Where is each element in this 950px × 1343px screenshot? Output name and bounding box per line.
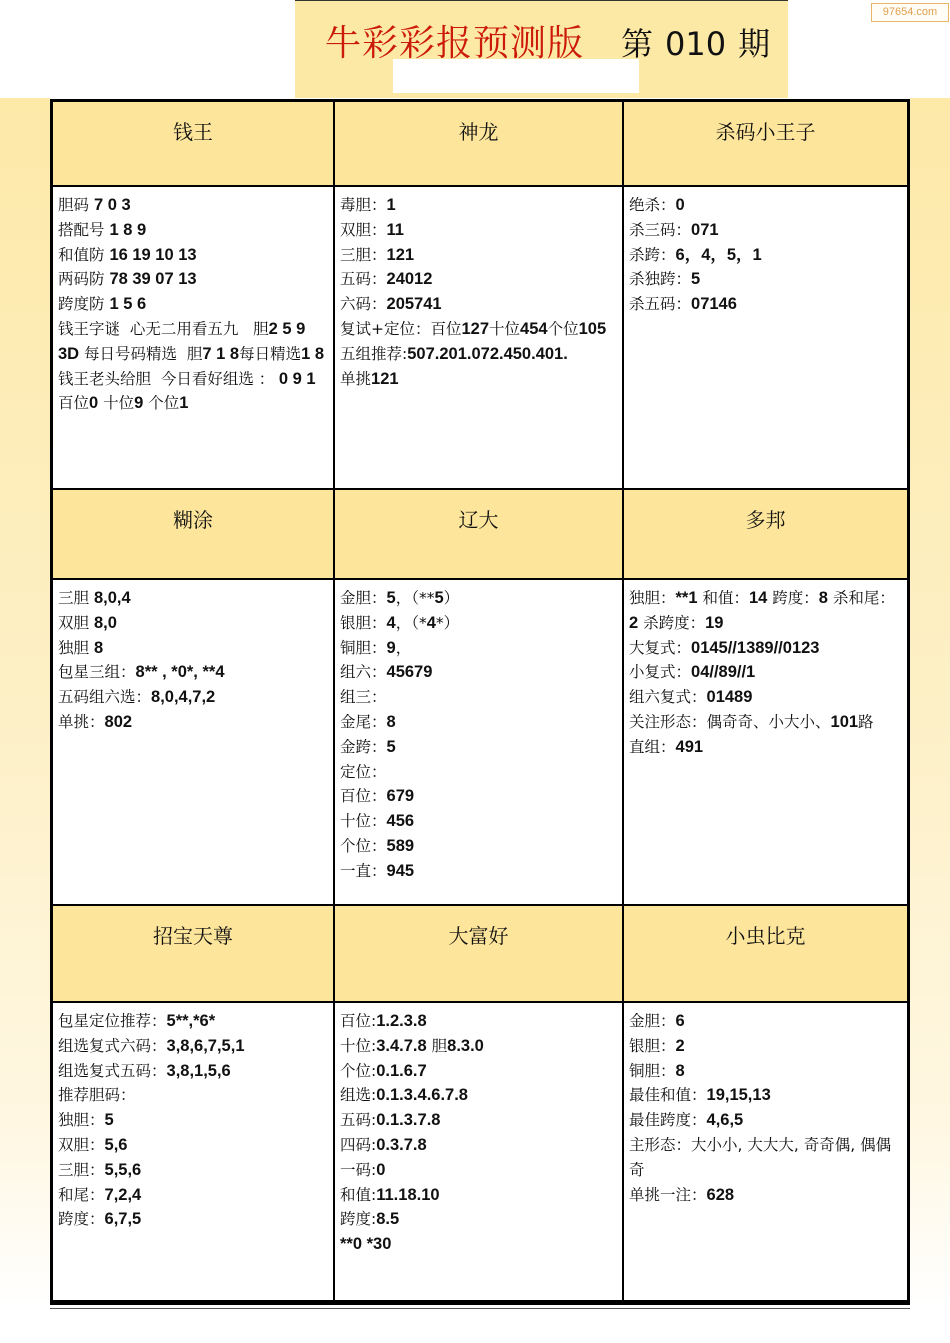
prediction-line: 跨度防 1 5 6 — [58, 292, 329, 317]
prediction-line: 和值:11.18.10 — [340, 1183, 618, 1208]
line-label: 三胆： — [340, 246, 387, 264]
prediction-line: 十位：456 — [340, 809, 618, 834]
line-label: 金胆： — [340, 589, 387, 607]
line-label: 钱王老头给胆 今日看好组选 ： — [58, 370, 274, 388]
prediction-line: 单挑：802 — [58, 710, 329, 735]
line-value: 071 — [691, 221, 719, 239]
line-label: 十位 — [98, 394, 134, 412]
line-label: 跨度防 — [58, 295, 109, 313]
line-label: 银胆： — [340, 614, 387, 632]
line-value: 78 39 07 13 — [109, 270, 196, 288]
prediction-line: 六码：205741 — [340, 292, 618, 317]
section-header: 多邦 — [624, 490, 907, 580]
line-label: 推荐胆码： — [58, 1086, 136, 1104]
section-header: 神龙 — [335, 102, 624, 187]
line-value: 5 — [387, 589, 396, 607]
line-value: 01489 — [707, 688, 753, 706]
line-value: 105 — [579, 320, 607, 338]
prediction-line: 包星定位推荐：5**,*6* — [58, 1009, 329, 1034]
section-header: 招宝天尊 — [53, 906, 335, 1003]
line-value: 5,6 — [105, 1136, 128, 1154]
line-value: 2 — [676, 1037, 685, 1055]
line-label: ，（* — [396, 614, 427, 632]
prediction-line: 跨度：6,7,5 — [58, 1207, 329, 1232]
prediction-line: 个位:0.1.6.7 — [340, 1059, 618, 1084]
line-value: 945 — [387, 862, 415, 880]
line-label: ， — [396, 639, 412, 657]
line-value: 6,7,5 — [105, 1210, 142, 1228]
line-label: 胆 — [427, 1037, 447, 1055]
line-value: 4 — [427, 614, 436, 632]
prediction-line: 三胆 8,0,4 — [58, 586, 329, 611]
line-label: 杀五码： — [629, 295, 691, 313]
line-value: **1 — [676, 589, 698, 607]
line-value: 8.3.0 — [447, 1037, 484, 1055]
prediction-line: 独胆 8 — [58, 636, 329, 661]
line-value: 3,8,1,5,6 — [167, 1062, 231, 1080]
line-value: 1 5 6 — [109, 295, 146, 313]
line-value: 16 19 10 13 — [109, 246, 196, 264]
line-value: 1 — [179, 394, 188, 412]
prediction-line: 五码组六选：8,0,4,7,2 — [58, 685, 329, 710]
line-label: 四码: — [340, 1136, 376, 1154]
line-label: 铜胆： — [340, 639, 387, 657]
prediction-line: 独胆：5 — [58, 1108, 329, 1133]
section-body: 绝杀：0杀三码：071杀跨：6，4，5，1杀独跨：5杀五码：07146 — [624, 187, 907, 490]
prediction-line: 两码防 78 39 07 13 — [58, 267, 329, 292]
section-body: 胆码 7 0 3搭配号 1 8 9和值防 16 19 10 13两码防 78 3… — [53, 187, 335, 490]
line-label: 绝杀： — [629, 196, 676, 214]
prediction-line: 铜胆：8 — [629, 1059, 903, 1084]
prediction-line: 单挑一注：628 — [629, 1183, 903, 1208]
line-label: 杀三码： — [629, 221, 691, 239]
section-header: 杀码小王子 — [624, 102, 907, 187]
line-value: 205741 — [387, 295, 442, 313]
prediction-line: 跨度:8.5 — [340, 1207, 618, 1232]
issue-suffix: 期 — [738, 25, 770, 63]
line-value: 5 — [434, 589, 443, 607]
line-value: 07146 — [691, 295, 737, 313]
line-value: 7,2,4 — [105, 1186, 142, 1204]
prediction-line: 百位:1.2.3.8 — [340, 1009, 618, 1034]
line-label: *） — [436, 614, 459, 632]
section-body: 金胆：6银胆：2铜胆：8最佳和值：19,15,13最佳跨度：4,6,5主形态：大… — [624, 1003, 907, 1300]
line-label: 百位 — [58, 394, 89, 412]
line-value: 8,0,4 — [94, 589, 131, 607]
line-label: 杀跨度： — [638, 614, 705, 632]
line-label: 单挑： — [58, 713, 105, 731]
section-body: 包星定位推荐：5**,*6*组选复式六码：3,8,6,7,5,1组选复式五码：3… — [53, 1003, 335, 1300]
line-label: 毒胆： — [340, 196, 387, 214]
line-label: 一直： — [340, 862, 387, 880]
line-value: 6 — [676, 1012, 685, 1030]
prediction-line: 金尾：8 — [340, 710, 618, 735]
line-label: 包星定位推荐： — [58, 1012, 167, 1030]
prediction-line: 五码：24012 — [340, 267, 618, 292]
line-value: 8,0 — [94, 614, 117, 632]
line-label: 个位: — [340, 1062, 376, 1080]
line-value: 0.1.3.7.8 — [376, 1111, 440, 1129]
prediction-line: 双胆：11 — [340, 218, 618, 243]
line-label: 十位： — [340, 812, 387, 830]
line-label: 百位： — [340, 787, 387, 805]
line-label: 个位 — [548, 320, 579, 338]
line-value: 121 — [371, 370, 399, 388]
line-label: 双胆： — [58, 1136, 105, 1154]
line-label: 大复式： — [629, 639, 691, 657]
line-label: 双胆 — [58, 614, 94, 632]
line-label: 独胆： — [629, 589, 676, 607]
line-value: 7 1 8 — [202, 345, 239, 363]
line-value: 8 — [387, 713, 396, 731]
line-value: 8.5 — [376, 1210, 399, 1228]
line-value: 4 — [387, 614, 396, 632]
prediction-line: 五码:0.1.3.7.8 — [340, 1108, 618, 1133]
prediction-line: 定位： — [340, 760, 618, 785]
prediction-line: 组六复式：01489 — [629, 685, 903, 710]
line-value: 1 — [387, 196, 396, 214]
line-label: 每日精选 — [239, 345, 301, 363]
line-label: 和值： — [698, 589, 749, 607]
title-banner: 牛彩彩报预测版 第010期 — [295, 0, 788, 98]
line-label: 跨度： — [767, 589, 818, 607]
prediction-line: 银胆：4，（*4*） — [340, 611, 618, 636]
line-label: 和值防 — [58, 246, 109, 264]
line-label: 一码: — [340, 1161, 376, 1179]
line-value: 45679 — [387, 663, 433, 681]
prediction-line: 金胆：5，（**5） — [340, 586, 618, 611]
line-value: 5,5,6 — [105, 1161, 142, 1179]
line-label: 和值: — [340, 1186, 376, 1204]
prediction-line: 金跨：5 — [340, 735, 618, 760]
prediction-line: **0 *30 — [340, 1232, 618, 1257]
line-label: 两码防 — [58, 270, 109, 288]
prediction-line: 小复式：04//89//1 — [629, 660, 903, 685]
line-label: 杀独跨： — [629, 270, 691, 288]
line-value: 4,6,5 — [707, 1111, 744, 1129]
line-label: 独胆： — [58, 1111, 105, 1129]
section-header: 糊涂 — [53, 490, 335, 580]
line-value: 679 — [387, 787, 415, 805]
line-value: 11.18.10 — [376, 1186, 439, 1204]
line-label: 铜胆： — [629, 1062, 676, 1080]
line-label: 十位 — [489, 320, 520, 338]
line-value: 5 — [691, 270, 700, 288]
line-label: 每日号码精选 胆 — [79, 345, 202, 363]
line-value: 628 — [707, 1186, 735, 1204]
issue-number: 010 — [665, 25, 726, 63]
line-label: 最佳和值： — [629, 1086, 707, 1104]
line-label: 定位： — [340, 763, 387, 781]
header-row-3: 招宝天尊 大富好 小虫比克 — [53, 906, 907, 1003]
prediction-line: 复试+定位：百位127十位454个位105 — [340, 317, 618, 342]
line-value: 3,8,6,7,5,1 — [167, 1037, 245, 1055]
line-label: 包星三组： — [58, 663, 136, 681]
line-value: 2 — [629, 614, 638, 632]
left-background-strip — [0, 98, 50, 1308]
line-label: 五码: — [340, 1111, 376, 1129]
right-background-strip — [910, 98, 950, 1308]
prediction-line: 金胆：6 — [629, 1009, 903, 1034]
prediction-line: 组选复式五码：3,8,1,5,6 — [58, 1059, 329, 1084]
line-label: 组选复式六码： — [58, 1037, 167, 1055]
prediction-line: 铜胆：9， — [340, 636, 618, 661]
line-value: 7 0 3 — [94, 196, 131, 214]
line-label: 最佳跨度： — [629, 1111, 707, 1129]
prediction-line: 最佳和值：19,15,13 — [629, 1083, 903, 1108]
line-label: 金跨： — [340, 738, 387, 756]
line-label: 个位 — [143, 394, 179, 412]
line-value: 1 8 9 — [109, 221, 146, 239]
header-row-2: 糊涂 辽大 多邦 — [53, 490, 907, 580]
line-value: 507.201.072.450.401. — [407, 345, 568, 363]
prediction-line: 大复式：0145//1389//0123 — [629, 636, 903, 661]
banner-blank-area — [393, 59, 639, 93]
line-label: 胆码 — [58, 196, 94, 214]
line-label: 独胆 — [58, 639, 94, 657]
section-header: 钱王 — [53, 102, 335, 187]
line-value: **0 *30 — [340, 1235, 391, 1253]
line-label: 三胆： — [58, 1161, 105, 1179]
prediction-line: 单挑121 — [340, 367, 618, 392]
issue-label: 第010期 — [621, 19, 782, 65]
line-value: 8 — [94, 639, 103, 657]
line-label: 复试+定位：百位 — [340, 320, 462, 338]
prediction-line: 五组推荐:507.201.072.450.401. — [340, 342, 618, 367]
prediction-line: 3D 每日号码精选 胆7 1 8每日精选1 8 — [58, 342, 329, 367]
line-value: 454 — [520, 320, 548, 338]
line-label: 单挑 — [340, 370, 371, 388]
line-label: 五组推荐: — [340, 345, 407, 363]
line-label: 五码组六选： — [58, 688, 151, 706]
line-value: 0.1.3.4.6.7.8 — [376, 1086, 468, 1104]
prediction-line: 四码:0.3.7.8 — [340, 1133, 618, 1158]
line-value: 04//89//1 — [691, 663, 755, 681]
prediction-line: 百位：679 — [340, 784, 618, 809]
line-value: 19 — [705, 614, 723, 632]
line-value: 24012 — [387, 270, 433, 288]
line-value: 0 — [676, 196, 685, 214]
line-label: 双胆： — [340, 221, 387, 239]
line-label: 杀跨： — [629, 246, 676, 264]
line-label: 组选复式五码： — [58, 1062, 167, 1080]
line-value: 3.4.7.8 — [376, 1037, 426, 1055]
prediction-line: 三胆：5,5,6 — [58, 1158, 329, 1183]
line-value: 5 — [105, 1111, 114, 1129]
line-value: 6，4，5，1 — [676, 246, 762, 264]
line-label: 杀和尾： — [828, 589, 895, 607]
prediction-line: 独胆：**1 和值：14 跨度：8 杀和尾：2 杀跨度：19 — [629, 586, 903, 636]
line-label: 钱王字谜 心无二用看五九 胆 — [58, 320, 269, 338]
prediction-line: 杀五码：07146 — [629, 292, 903, 317]
line-label: ，（** — [396, 589, 435, 607]
line-label: 组六： — [340, 663, 387, 681]
prediction-line: 主形态：大小小, 大大大, 奇奇偶, 偶偶奇 — [629, 1133, 903, 1183]
prediction-line: 最佳跨度：4,6,5 — [629, 1108, 903, 1133]
line-value: 19,15,13 — [707, 1086, 771, 1104]
line-value: 3D — [58, 345, 79, 363]
line-value: 5**,*6* — [167, 1012, 216, 1030]
line-label: 搭配号 — [58, 221, 109, 239]
watermark: 97654.com — [871, 3, 949, 22]
prediction-line: 胆码 7 0 3 — [58, 193, 329, 218]
line-value: 0.1.6.7 — [376, 1062, 426, 1080]
line-label: 金胆： — [629, 1012, 676, 1030]
prediction-line: 推荐胆码： — [58, 1083, 329, 1108]
line-label: 跨度: — [340, 1210, 376, 1228]
prediction-line: 钱王老头给胆 今日看好组选 ： 0 9 1百位0 十位9 个位1 — [58, 367, 329, 417]
line-label: 六码： — [340, 295, 387, 313]
line-value: 9 — [387, 639, 396, 657]
line-value: 2 5 9 — [269, 320, 306, 338]
line-value: 8** , *0*, **4 — [136, 663, 225, 681]
section-body: 金胆：5，（**5）银胆：4，（*4*）铜胆：9，组六：45679组三：金尾：8… — [335, 580, 624, 906]
prediction-line: 和值防 16 19 10 13 — [58, 243, 329, 268]
line-value: 8 — [676, 1062, 685, 1080]
line-label: 个位： — [340, 837, 387, 855]
prediction-line: 关注形态：偶奇奇、小大小、101路 — [629, 710, 903, 735]
body-row-1: 胆码 7 0 3搭配号 1 8 9和值防 16 19 10 13两码防 78 3… — [53, 187, 907, 490]
prediction-line: 组选:0.1.3.4.6.7.8 — [340, 1083, 618, 1108]
line-value: 1.2.3.8 — [376, 1012, 426, 1030]
prediction-line: 包星三组：8** , *0*, **4 — [58, 660, 329, 685]
line-label: 和尾： — [58, 1186, 105, 1204]
line-label: 关注形态：偶奇奇、小大小、 — [629, 713, 831, 731]
line-value: 127 — [462, 320, 490, 338]
line-label: 直组： — [629, 738, 676, 756]
line-value: 5 — [387, 738, 396, 756]
line-label: 小复式： — [629, 663, 691, 681]
prediction-line: 杀三码：071 — [629, 218, 903, 243]
line-label: 三胆 — [58, 589, 94, 607]
line-value: 101 — [831, 713, 859, 731]
line-label: 金尾： — [340, 713, 387, 731]
prediction-line: 三胆：121 — [340, 243, 618, 268]
prediction-line: 十位:3.4.7.8 胆8.3.0 — [340, 1034, 618, 1059]
prediction-line: 一直：945 — [340, 859, 618, 884]
prediction-line: 和尾：7,2,4 — [58, 1183, 329, 1208]
prediction-line: 一码:0 — [340, 1158, 618, 1183]
prediction-line: 杀独跨：5 — [629, 267, 903, 292]
prediction-line: 银胆：2 — [629, 1034, 903, 1059]
line-value: 491 — [676, 738, 704, 756]
section-body: 三胆 8,0,4双胆 8,0独胆 8包星三组：8** , *0*, **4五码组… — [53, 580, 335, 906]
body-row-2: 三胆 8,0,4双胆 8,0独胆 8包星三组：8** , *0*, **4五码组… — [53, 580, 907, 906]
line-value: 589 — [387, 837, 415, 855]
section-body: 百位:1.2.3.8十位:3.4.7.8 胆8.3.0个位:0.1.6.7组选:… — [335, 1003, 624, 1300]
line-value: 121 — [387, 246, 415, 264]
section-header: 大富好 — [335, 906, 624, 1003]
line-value: 0 — [376, 1161, 385, 1179]
line-value: 0145//1389//0123 — [691, 639, 819, 657]
line-label: 组六复式： — [629, 688, 707, 706]
line-label: 银胆： — [629, 1037, 676, 1055]
prediction-line: 组选复式六码：3,8,6,7,5,1 — [58, 1034, 329, 1059]
prediction-table: 钱王 神龙 杀码小王子 胆码 7 0 3搭配号 1 8 9和值防 16 19 1… — [50, 99, 910, 1305]
prediction-line: 组三： — [340, 685, 618, 710]
prediction-line: 个位：589 — [340, 834, 618, 859]
line-label: 跨度： — [58, 1210, 105, 1228]
line-label: 五码： — [340, 270, 387, 288]
line-label: 单挑一注： — [629, 1186, 707, 1204]
body-row-3: 包星定位推荐：5**,*6*组选复式六码：3,8,6,7,5,1组选复式五码：3… — [53, 1003, 907, 1300]
line-value: 0 9 1 — [274, 370, 315, 388]
line-value: 9 — [134, 394, 143, 412]
issue-prefix: 第 — [621, 25, 653, 63]
prediction-line: 直组：491 — [629, 735, 903, 760]
line-value: 11 — [387, 221, 404, 239]
line-value: 8 — [819, 589, 828, 607]
line-value: 802 — [105, 713, 133, 731]
line-label: 组三： — [340, 688, 387, 706]
prediction-line: 搭配号 1 8 9 — [58, 218, 329, 243]
section-header: 辽大 — [335, 490, 624, 580]
section-body: 毒胆：1双胆：11三胆：121五码：24012六码：205741复试+定位：百位… — [335, 187, 624, 490]
line-label: 主形态：大小小, 大大大, 奇奇偶, 偶偶奇 — [629, 1136, 891, 1179]
line-value: 0 — [89, 394, 98, 412]
prediction-line: 杀跨：6，4，5，1 — [629, 243, 903, 268]
line-value: 14 — [749, 589, 767, 607]
prediction-line: 组六：45679 — [340, 660, 618, 685]
line-label: 十位: — [340, 1037, 376, 1055]
line-value: 456 — [387, 812, 415, 830]
line-value: 8,0,4,7,2 — [151, 688, 215, 706]
section-header: 小虫比克 — [624, 906, 907, 1003]
line-label: 路 — [858, 713, 874, 731]
line-value: 0.3.7.8 — [376, 1136, 426, 1154]
prediction-line: 双胆 8,0 — [58, 611, 329, 636]
section-body: 独胆：**1 和值：14 跨度：8 杀和尾：2 杀跨度：19大复式：0145//… — [624, 580, 907, 906]
prediction-line: 毒胆：1 — [340, 193, 618, 218]
line-label: ） — [444, 589, 460, 607]
prediction-line: 双胆：5,6 — [58, 1133, 329, 1158]
line-value: 1 8 — [301, 345, 324, 363]
prediction-line: 绝杀：0 — [629, 193, 903, 218]
line-label: 百位: — [340, 1012, 376, 1030]
header-row-1: 钱王 神龙 杀码小王子 — [53, 102, 907, 187]
prediction-line: 钱王字谜 心无二用看五九 胆2 5 9 — [58, 317, 329, 342]
line-label: 组选: — [340, 1086, 376, 1104]
